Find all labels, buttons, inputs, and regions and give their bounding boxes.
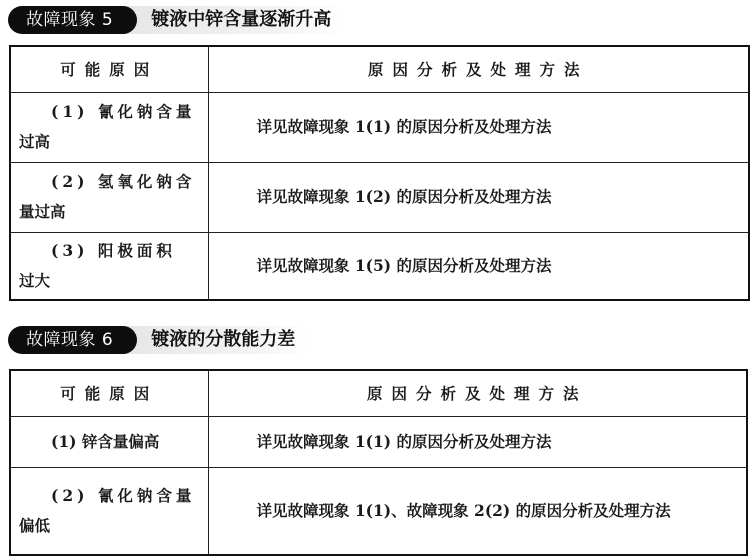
- analysis-cell: 详见故障现象 1(1) 的原因分析及处理方法: [208, 416, 747, 467]
- table-header-row: 可能原因 原因分析及处理方法: [10, 46, 749, 92]
- analysis-cell: 详见故障现象 1(1) 的原因分析及处理方法: [208, 92, 749, 162]
- cause-cell: (2) 氢氧化钠含 量过高: [10, 162, 208, 232]
- cause-text-cont: 过大: [19, 271, 50, 290]
- cause-text: (2) 氰化钠含量: [51, 486, 195, 505]
- cause-text-cont: 偏低: [19, 516, 50, 535]
- analysis-cell: 详见故障现象 1(2) 的原因分析及处理方法: [208, 162, 749, 232]
- cause-cell: (1) 氰化钠含量 过高: [10, 92, 208, 162]
- fault-tag: 故障现象 5: [8, 6, 137, 34]
- section-banner-6: 故障现象 6 镀液的分散能力差: [8, 326, 309, 354]
- header-cause: 可能原因: [10, 46, 208, 92]
- table-row: (2) 氰化钠含量 偏低 详见故障现象 1(1)、故障现象 2(2) 的原因分析…: [10, 467, 747, 555]
- header-analysis: 原因分析及处理方法: [208, 370, 747, 416]
- cause-text: (1) 锌含量偏高: [51, 432, 159, 451]
- cause-cell: (2) 氰化钠含量 偏低: [10, 467, 208, 555]
- table-row: (2) 氢氧化钠含 量过高 详见故障现象 1(2) 的原因分析及处理方法: [10, 162, 749, 232]
- cause-cell: (1) 锌含量偏高: [10, 416, 208, 467]
- fault-tag: 故障现象 6: [8, 326, 137, 354]
- fault-title: 镀液的分散能力差: [125, 326, 309, 354]
- table-row: (3) 阳极面积 过大 详见故障现象 1(5) 的原因分析及处理方法: [10, 232, 749, 300]
- header-analysis: 原因分析及处理方法: [208, 46, 749, 92]
- cause-text-cont: 过高: [19, 132, 50, 151]
- header-cause: 可能原因: [10, 370, 208, 416]
- fault-table-5: 可能原因 原因分析及处理方法 (1) 氰化钠含量 过高 详见故障现象 1(1) …: [9, 45, 750, 301]
- cause-text-cont: 量过高: [19, 202, 66, 221]
- table-row: (1) 锌含量偏高 详见故障现象 1(1) 的原因分析及处理方法: [10, 416, 747, 467]
- section-banner-5: 故障现象 5 镀液中锌含量逐渐升高: [8, 6, 345, 34]
- cause-text: (1) 氰化钠含量: [51, 102, 195, 121]
- fault-table-6: 可能原因 原因分析及处理方法 (1) 锌含量偏高 详见故障现象 1(1) 的原因…: [9, 369, 748, 556]
- analysis-cell: 详见故障现象 1(5) 的原因分析及处理方法: [208, 232, 749, 300]
- cause-text: (2) 氢氧化钠含: [51, 172, 195, 191]
- analysis-cell: 详见故障现象 1(1)、故障现象 2(2) 的原因分析及处理方法: [208, 467, 747, 555]
- fault-title: 镀液中锌含量逐渐升高: [125, 6, 345, 34]
- cause-text: (3) 阳极面积: [51, 241, 176, 260]
- table-row: (1) 氰化钠含量 过高 详见故障现象 1(1) 的原因分析及处理方法: [10, 92, 749, 162]
- table-header-row: 可能原因 原因分析及处理方法: [10, 370, 747, 416]
- cause-cell: (3) 阳极面积 过大: [10, 232, 208, 300]
